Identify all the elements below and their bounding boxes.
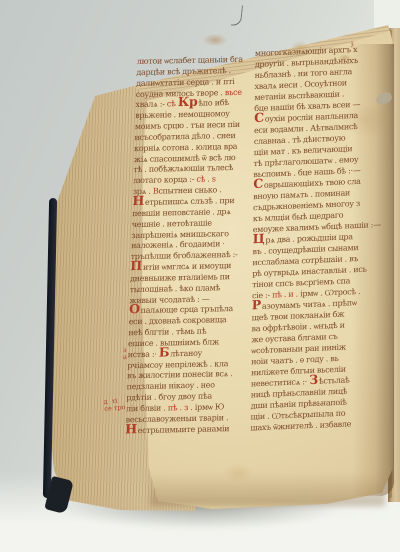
rubric-segment: пѣ . и . — [272, 289, 300, 299]
margin-note-gloss-left-bottom: д тісе тро — [103, 397, 125, 413]
rubric-initial: З — [309, 372, 319, 387]
text-segment: тылощінаѣ . ѣко пламѣ — [130, 283, 221, 294]
margin-note-gloss-left-mid: за — [123, 347, 127, 361]
text-segment: лютаго корца :- — [133, 175, 197, 185]
margin-note-line: ѯ — [351, 41, 354, 48]
text-segment: ѣстьлаѣ — [319, 375, 350, 385]
rubric-segment: вьсе — [225, 87, 242, 96]
text-segment: рдѣтіи . бгоу двоу пѣа — [126, 392, 212, 403]
text-segment: врьженіе . немощномоу — [135, 109, 230, 120]
rubric-initial: С — [253, 176, 264, 191]
rubric-segment: · — [222, 240, 225, 249]
rubric-initial: Б — [159, 344, 171, 359]
text-segment: педзланіи нікаоу . нео — [126, 381, 214, 392]
text-segment: далиѡхтатіи серца . и пті — [136, 77, 235, 88]
text-segment: дневныиже вталиіемь пи — [130, 272, 230, 283]
text-segment: весьславоуженыи тваріи . — [125, 413, 228, 424]
text-segment: лютои ѡслабет щаныіи бга — [137, 55, 243, 66]
margin-note-gloss-top: ѯ — [351, 41, 354, 48]
rubric-segment: сѣ . ѕ — [196, 175, 216, 184]
text-segment: ешисе . вышніимъ блж — [128, 337, 219, 348]
rubric-initial: Ц — [253, 231, 266, 247]
rubric-initial: О — [129, 301, 141, 316]
text-segment: дарцѣи всѣ дръжителѣ . — [136, 66, 231, 77]
text-segment: ѣпо ибѣ — [198, 98, 229, 108]
text-segment: рчіамсоу непрілежѣ . кла — [127, 359, 228, 370]
text-segment: етрьпишсѧ слъзѣ . при — [145, 196, 235, 207]
rubric-initial: Кр — [178, 94, 199, 109]
text-segment: еси . дховнаѣ сокровища — [129, 315, 227, 326]
page-bottom-shading — [150, 472, 385, 506]
text-segment: моимъ срцю . тъи иеси піи — [135, 120, 240, 131]
rubric-segment: пѣ . з . — [168, 403, 195, 413]
text-segment: исъсобратила дѣло . снеи — [134, 131, 235, 142]
rubric-segment: сѣ — [167, 100, 178, 109]
rubric-initial: С — [254, 110, 265, 125]
text-segment: лѣтаноу — [170, 348, 202, 358]
text-segment: въ жилостіни понесіи всѧ . — [127, 370, 233, 381]
rubric-initial: Н — [125, 421, 138, 436]
thread-mark — [231, 5, 243, 27]
text-segment: палѧюще срца тръпѣла — [140, 304, 233, 315]
text-segment: живыи чсодатаѣ : — — [129, 294, 209, 305]
text-segment: спытнеи снько . — [158, 185, 221, 195]
text-segment: жіѧ спасошимлѣ ѿ всѣ лю — [134, 153, 236, 164]
text-segment: итіи ѡмглсѧ и имоущи — [143, 261, 231, 272]
text-segment: певшіи неповстаніе . дрѧ — [132, 207, 231, 218]
text-segment: чешніе . нетоѣташіе — [132, 218, 212, 229]
text-segment: наложеніѧ . бгодаиміи — [131, 240, 223, 251]
text-segment: ліи блвіи . — [126, 403, 168, 413]
text-segment: ірмѡ Ю — [195, 402, 225, 412]
text-segment: иства :· — [128, 349, 159, 359]
text-segment: тѣ . побѣжлѧюшіи тьлесѣ — [133, 163, 233, 174]
margin-note-line: а — [123, 354, 127, 361]
rubric-initial: П — [130, 258, 143, 273]
manuscript-photo: лютои ѡслабет щаныіи бгадарцѣи всѣ дръжи… — [0, 0, 400, 552]
rubric-initial: Н — [132, 193, 145, 208]
text-segment: естрьпимыите ранаміи — [138, 424, 230, 435]
text-segment: тръпѣлши бгоблаженнаѣ :- — [131, 250, 238, 261]
text-segment: корніѧ сотона . юлица вра — [134, 142, 237, 153]
column-left: лютои ѡслабет щаныіи бгадарцѣи всѣ дръжи… — [125, 55, 249, 437]
text-segment: неѣ блгтіи . тѣмь пѣ — [128, 327, 206, 338]
rubric-initial: Р — [252, 297, 262, 312]
text-segment: запрѣшеніѧ мнишьскаго — [131, 229, 229, 240]
text-segment: хвалѧ :- — [135, 100, 167, 110]
column-right: многогказнѧющіи архгъ хдроугіи . вытрьна… — [250, 43, 379, 433]
